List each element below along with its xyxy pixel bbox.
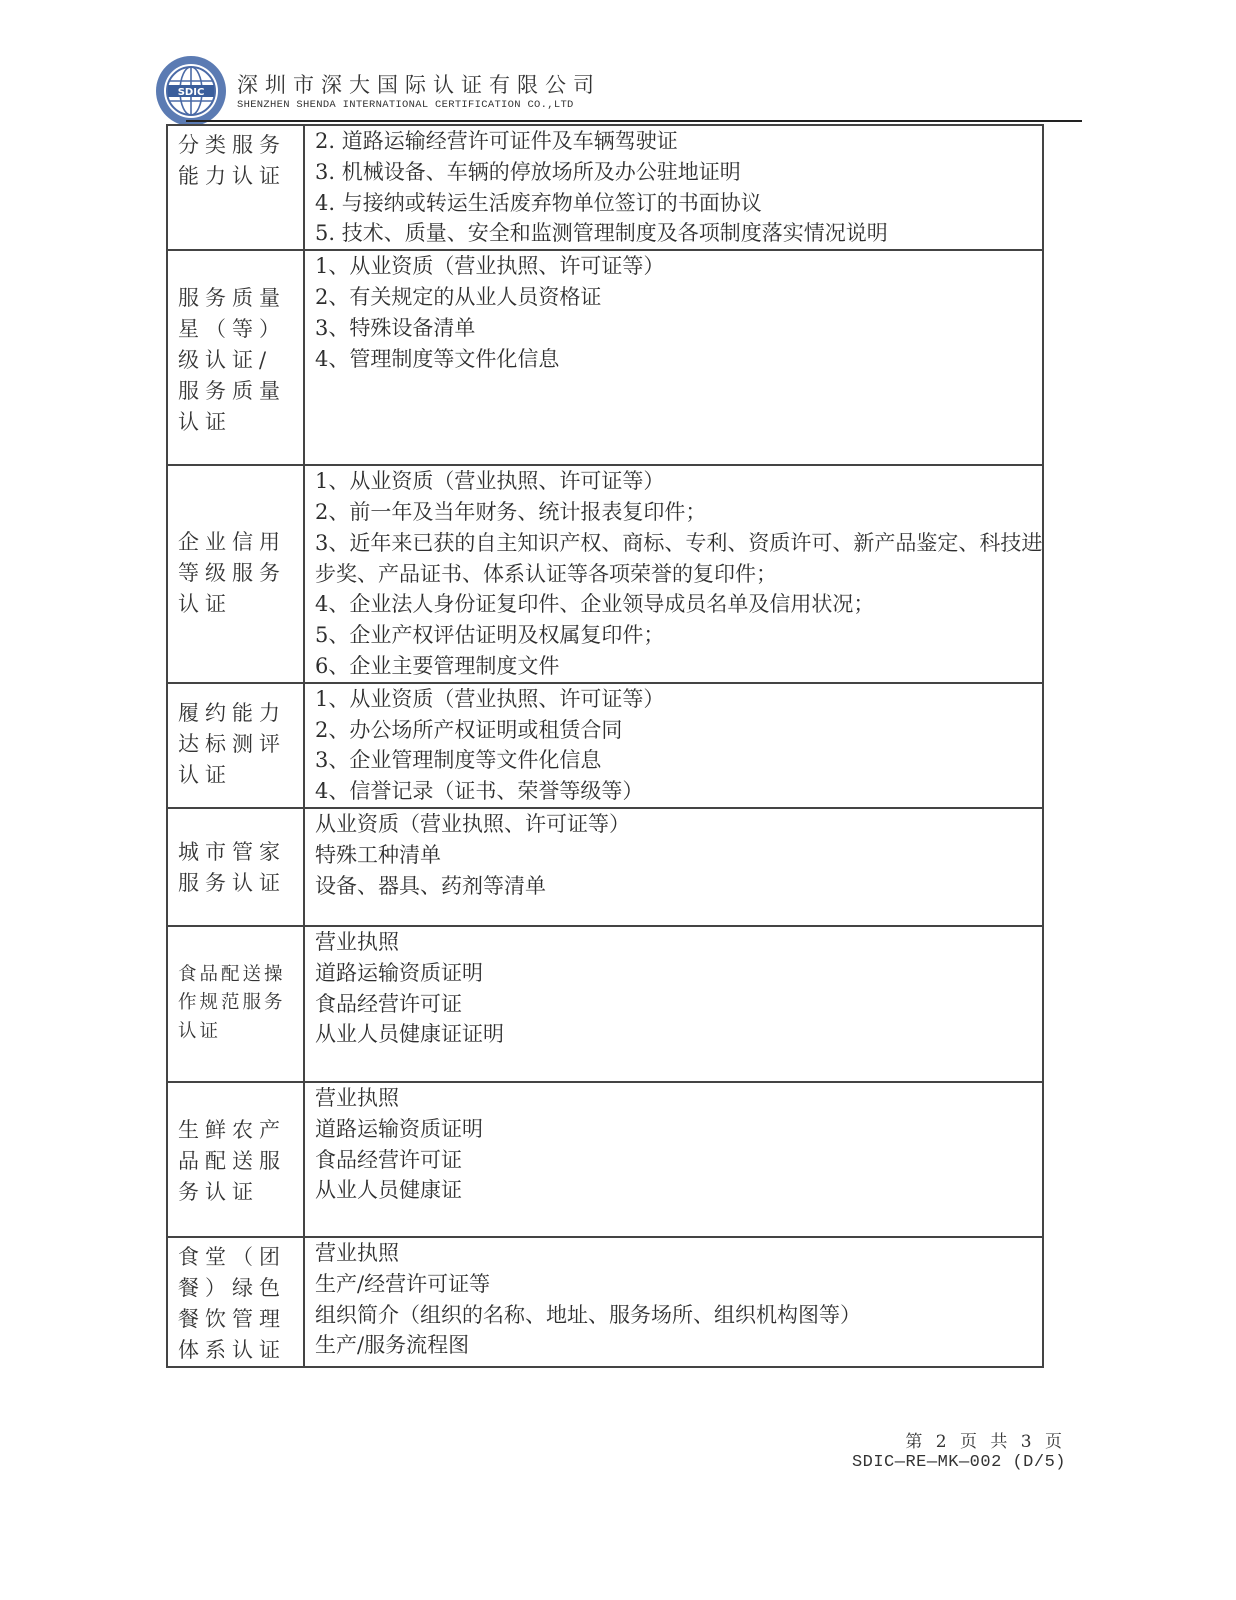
document-code: SDIC—RE—MK—002 (D/5) bbox=[852, 1453, 1066, 1472]
svg-text:SDIC: SDIC bbox=[178, 87, 205, 98]
category-label: 生鲜农产品配送服务认证 bbox=[178, 1115, 297, 1208]
list-item: 营业执照 bbox=[315, 1083, 1042, 1114]
list-item: 3、企业管理制度等文件化信息 bbox=[315, 745, 1042, 776]
table-row: 食堂（团餐）绿色餐饮管理体系认证 营业执照 生产/经营许可证等 组织简介（组织的… bbox=[167, 1237, 1043, 1367]
list-item: 4、信誉记录（证书、荣誉等级等） bbox=[315, 776, 1042, 807]
category-label: 食品配送操作规范服务认证 bbox=[178, 961, 297, 1047]
category-cell: 食堂（团餐）绿色餐饮管理体系认证 bbox=[167, 1237, 304, 1367]
category-cell: 城市管家服务认证 bbox=[167, 808, 304, 926]
items-cell: 1、从业资质（营业执照、许可证等） 2、办公场所产权证明或租赁合同 3、企业管理… bbox=[304, 683, 1043, 808]
list-item: 4、管理制度等文件化信息 bbox=[315, 344, 1042, 375]
table-row: 服务质量星（等）级认证/服务质量认证 1、从业资质（营业执照、许可证等） 2、有… bbox=[167, 250, 1043, 465]
company-name-cn: 深圳市深大国际认证有限公司 bbox=[237, 69, 601, 99]
items-cell: 1、从业资质（营业执照、许可证等） 2、有关规定的从业人员资格证 3、特殊设备清… bbox=[304, 250, 1043, 465]
list-item: 3、近年来已获的自主知识产权、商标、专利、资质许可、新产品鉴定、科技进步奖、产品… bbox=[305, 528, 1050, 590]
list-item: 组织简介（组织的名称、地址、服务场所、组织机构图等） bbox=[315, 1300, 1042, 1331]
list-item: 道路运输资质证明 bbox=[315, 1114, 1042, 1145]
list-item: 特殊工种清单 bbox=[315, 840, 1042, 871]
table-row: 食品配送操作规范服务认证 营业执照 道路运输资质证明 食品经营许可证 从业人员健… bbox=[167, 926, 1043, 1082]
list-item: 1、从业资质（营业执照、许可证等） bbox=[315, 466, 1042, 497]
list-item: 2、办公场所产权证明或租赁合同 bbox=[315, 715, 1042, 746]
category-label: 履约能力达标测评认证 bbox=[178, 698, 297, 791]
category-label: 食堂（团餐）绿色餐饮管理体系认证 bbox=[178, 1242, 297, 1366]
list-item: 从业人员健康证证明 bbox=[315, 1019, 1042, 1050]
items-cell: 营业执照 道路运输资质证明 食品经营许可证 从业人员健康证 bbox=[304, 1082, 1043, 1237]
list-item: 3. 机械设备、车辆的停放场所及办公驻地证明 bbox=[315, 157, 1042, 188]
list-item: 5、企业产权评估证明及权属复印件； bbox=[315, 620, 1042, 651]
company-name-en: SHENZHEN SHENDA INTERNATIONAL CERTIFICAT… bbox=[237, 99, 574, 111]
category-cell: 服务质量星（等）级认证/服务质量认证 bbox=[167, 250, 304, 465]
category-cell: 食品配送操作规范服务认证 bbox=[167, 926, 304, 1082]
list-item: 5. 技术、质量、安全和监测管理制度及各项制度落实情况说明 bbox=[315, 218, 1042, 249]
list-item: 1、从业资质（营业执照、许可证等） bbox=[315, 684, 1042, 715]
category-label: 分类服务能力认证 bbox=[178, 130, 297, 192]
category-label: 企业信用等级服务认证 bbox=[178, 527, 297, 620]
category-cell: 生鲜农产品配送服务认证 bbox=[167, 1082, 304, 1237]
list-item: 食品经营许可证 bbox=[315, 989, 1042, 1020]
table-row: 分类服务能力认证 2. 道路运输经营许可证件及车辆驾驶证 3. 机械设备、车辆的… bbox=[167, 125, 1043, 250]
list-item: 2、有关规定的从业人员资格证 bbox=[315, 282, 1042, 313]
table-row: 城市管家服务认证 从业资质（营业执照、许可证等） 特殊工种清单 设备、器具、药剂… bbox=[167, 808, 1043, 926]
list-item: 食品经营许可证 bbox=[315, 1145, 1042, 1176]
list-item: 从业人员健康证 bbox=[315, 1175, 1042, 1206]
table-row: 生鲜农产品配送服务认证 营业执照 道路运输资质证明 食品经营许可证 从业人员健康… bbox=[167, 1082, 1043, 1237]
list-item: 设备、器具、药剂等清单 bbox=[315, 871, 1042, 902]
category-label: 城市管家服务认证 bbox=[178, 837, 297, 899]
category-cell: 履约能力达标测评认证 bbox=[167, 683, 304, 808]
list-item: 生产/服务流程图 bbox=[315, 1330, 1042, 1361]
list-item: 营业执照 bbox=[315, 927, 1042, 958]
items-cell: 从业资质（营业执照、许可证等） 特殊工种清单 设备、器具、药剂等清单 bbox=[304, 808, 1043, 926]
list-item: 2、前一年及当年财务、统计报表复印件； bbox=[315, 497, 1042, 528]
category-label: 服务质量星（等）级认证/服务质量认证 bbox=[178, 283, 297, 438]
list-item: 4、企业法人身份证复印件、企业领导成员名单及信用状况； bbox=[315, 589, 1042, 620]
items-cell: 营业执照 生产/经营许可证等 组织简介（组织的名称、地址、服务场所、组织机构图等… bbox=[304, 1237, 1043, 1367]
table-row: 企业信用等级服务认证 1、从业资质（营业执照、许可证等） 2、前一年及当年财务、… bbox=[167, 465, 1043, 683]
page-number: 第 2 页 共 3 页 bbox=[905, 1427, 1066, 1452]
items-cell: 1、从业资质（营业执照、许可证等） 2、前一年及当年财务、统计报表复印件； 3、… bbox=[304, 465, 1043, 683]
list-item: 6、企业主要管理制度文件 bbox=[315, 651, 1042, 682]
list-item: 1、从业资质（营业执照、许可证等） bbox=[315, 251, 1042, 282]
header-divider bbox=[186, 120, 1082, 122]
list-item: 3、特殊设备清单 bbox=[315, 313, 1042, 344]
items-cell: 2. 道路运输经营许可证件及车辆驾驶证 3. 机械设备、车辆的停放场所及办公驻地… bbox=[304, 125, 1043, 250]
list-item: 2. 道路运输经营许可证件及车辆驾驶证 bbox=[315, 126, 1042, 157]
document-header: SDIC 深圳市深大国际认证有限公司 SHENZHEN SHENDA INTER… bbox=[155, 55, 1085, 123]
list-item: 营业执照 bbox=[315, 1238, 1042, 1269]
table-row: 履约能力达标测评认证 1、从业资质（营业执照、许可证等） 2、办公场所产权证明或… bbox=[167, 683, 1043, 808]
requirements-table: 分类服务能力认证 2. 道路运输经营许可证件及车辆驾驶证 3. 机械设备、车辆的… bbox=[166, 124, 1044, 1368]
list-item: 4. 与接纳或转运生活废弃物单位签订的书面协议 bbox=[315, 188, 1042, 219]
category-cell: 分类服务能力认证 bbox=[167, 125, 304, 250]
items-cell: 营业执照 道路运输资质证明 食品经营许可证 从业人员健康证证明 bbox=[304, 926, 1043, 1082]
list-item: 道路运输资质证明 bbox=[315, 958, 1042, 989]
list-item: 从业资质（营业执照、许可证等） bbox=[315, 809, 1042, 840]
list-item: 生产/经营许可证等 bbox=[315, 1269, 1042, 1300]
category-cell: 企业信用等级服务认证 bbox=[167, 465, 304, 683]
sdic-logo-icon: SDIC bbox=[155, 55, 227, 127]
